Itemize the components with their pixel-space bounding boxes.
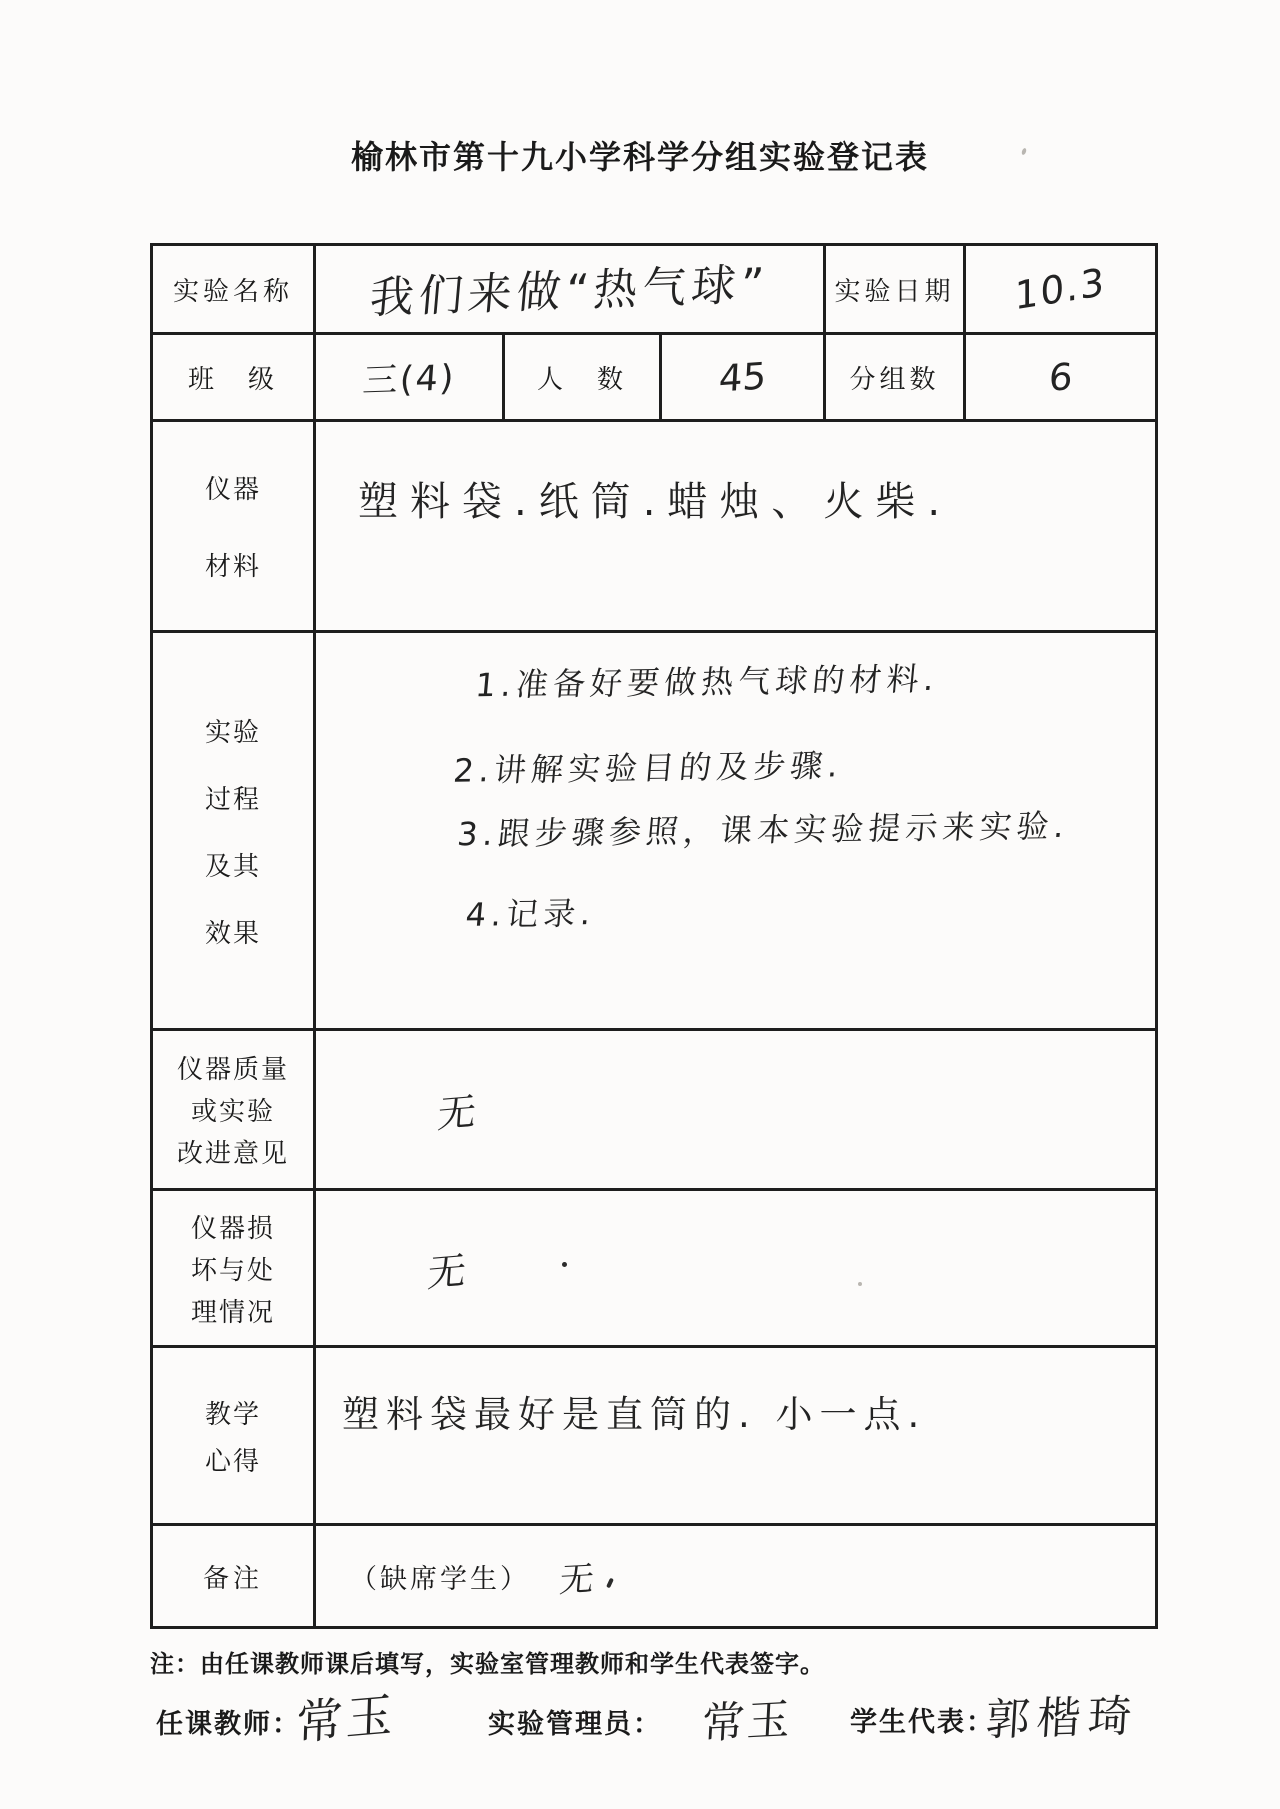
student-count-cell: 45	[662, 335, 826, 419]
manager-label: 实验管理员：	[488, 1702, 662, 1741]
footer-note: 注：由任课教师课后填写，实验室管理教师和学生代表签字。	[150, 1644, 825, 1679]
registration-table: 实验名称 我们来做“热气球” 实验日期 10.3 班 级 三(4) 人 数 45…	[150, 243, 1158, 1629]
class-label: 班 级	[153, 335, 316, 419]
process-cell: 1.准备好要做热气球的材料. 2.讲解实验目的及步骤. 3.跟步骤参照，课本实验…	[316, 633, 1155, 1028]
group-count-cell: 6	[966, 335, 1155, 419]
experiment-name-value: 我们来做“热气球”	[367, 248, 771, 330]
manager-signature: 常玉	[700, 1686, 793, 1752]
damage-cell: 无	[316, 1191, 1155, 1345]
process-label-line: 效果	[205, 913, 261, 950]
insights-label-line: 教学	[205, 1394, 261, 1431]
ink-tick	[606, 1578, 614, 1589]
damage-value: 无	[426, 1239, 468, 1297]
process-step: 4.记录.	[464, 888, 598, 936]
ink-dot	[562, 1262, 567, 1267]
quality-label-line: 仪器质量	[177, 1049, 289, 1086]
remarks-label: 备注	[153, 1526, 316, 1626]
table-row: 实验 过程 及其 效果 1.准备好要做热气球的材料. 2.讲解实验目的及步骤. …	[153, 633, 1155, 1031]
scan-speck	[858, 1282, 862, 1286]
damage-label: 仪器损 坏与处 理情况	[153, 1191, 316, 1345]
experiment-date-cell: 10.3	[966, 246, 1155, 332]
form-title: 榆林市第十九小学科学分组实验登记表	[0, 132, 1280, 178]
damage-label-line: 坏与处	[191, 1250, 275, 1287]
table-row: 备注 （缺席学生） 无	[153, 1526, 1155, 1626]
damage-label-line: 仪器损	[191, 1208, 275, 1245]
remarks-cell: （缺席学生） 无	[316, 1526, 1155, 1626]
quality-cell: 无	[316, 1031, 1155, 1188]
process-step: 1.准备好要做热气球的材料.	[474, 654, 942, 706]
table-row: 仪器质量 或实验 改进意见 无	[153, 1031, 1155, 1191]
group-count-label: 分组数	[826, 335, 966, 419]
class-value: 三(4)	[361, 350, 457, 403]
table-row: 仪器损 坏与处 理情况 无	[153, 1191, 1155, 1348]
materials-cell: 塑料袋.纸筒.蜡烛、火柴.	[316, 422, 1155, 630]
materials-value: 塑料袋.纸筒.蜡烛、火柴.	[358, 479, 952, 525]
scanned-form-page: 榆林市第十九小学科学分组实验登记表 实验名称 我们来做“热气球” 实验日期 10…	[0, 0, 1280, 1809]
process-step: 3.跟步骤参照，课本实验提示来实验.	[455, 801, 1071, 856]
student-count-value: 45	[718, 354, 768, 400]
process-label-line: 实验	[205, 712, 261, 749]
insights-cell: 塑料袋最好是直筒的. 小一点.	[316, 1348, 1155, 1523]
class-cell: 三(4)	[316, 335, 505, 419]
student-signature: 郭楷琦	[984, 1680, 1141, 1748]
process-step: 2.讲解实验目的及步骤.	[452, 740, 845, 791]
process-label-line: 过程	[205, 779, 261, 816]
table-row: 班 级 三(4) 人 数 45 分组数 6	[153, 335, 1155, 422]
quality-label: 仪器质量 或实验 改进意见	[153, 1031, 316, 1188]
damage-label-line: 理情况	[191, 1292, 275, 1329]
group-count-value: 6	[1048, 355, 1074, 400]
insights-value: 塑料袋最好是直筒的. 小一点.	[342, 1393, 926, 1436]
materials-label-line: 仪器	[205, 469, 261, 506]
teacher-signature: 常玉	[295, 1677, 397, 1753]
process-label-line: 及其	[205, 846, 261, 883]
process-label: 实验 过程 及其 效果	[153, 633, 316, 1028]
remarks-value: 无	[558, 1551, 597, 1602]
experiment-name-label: 实验名称	[153, 246, 316, 332]
experiment-date-label: 实验日期	[826, 246, 966, 332]
experiment-name-cell: 我们来做“热气球”	[316, 246, 826, 332]
quality-value: 无	[436, 1080, 478, 1138]
student-count-label: 人 数	[505, 335, 662, 419]
remarks-preprinted: （缺席学生）	[350, 1557, 530, 1596]
quality-label-line: 改进意见	[177, 1133, 289, 1170]
insights-label-line: 心得	[205, 1441, 261, 1478]
student-label: 学生代表：	[850, 1700, 995, 1739]
insights-label: 教学 心得	[153, 1348, 316, 1523]
quality-label-line: 或实验	[191, 1091, 275, 1128]
table-row: 实验名称 我们来做“热气球” 实验日期 10.3	[153, 246, 1155, 335]
table-row: 教学 心得 塑料袋最好是直筒的. 小一点.	[153, 1348, 1155, 1526]
teacher-label: 任课教师：	[156, 1702, 301, 1741]
table-row: 仪器 材料 塑料袋.纸筒.蜡烛、火柴.	[153, 422, 1155, 633]
experiment-date-value: 10.3	[1015, 259, 1106, 318]
materials-label-line: 材料	[205, 546, 261, 583]
materials-label: 仪器 材料	[153, 422, 316, 630]
